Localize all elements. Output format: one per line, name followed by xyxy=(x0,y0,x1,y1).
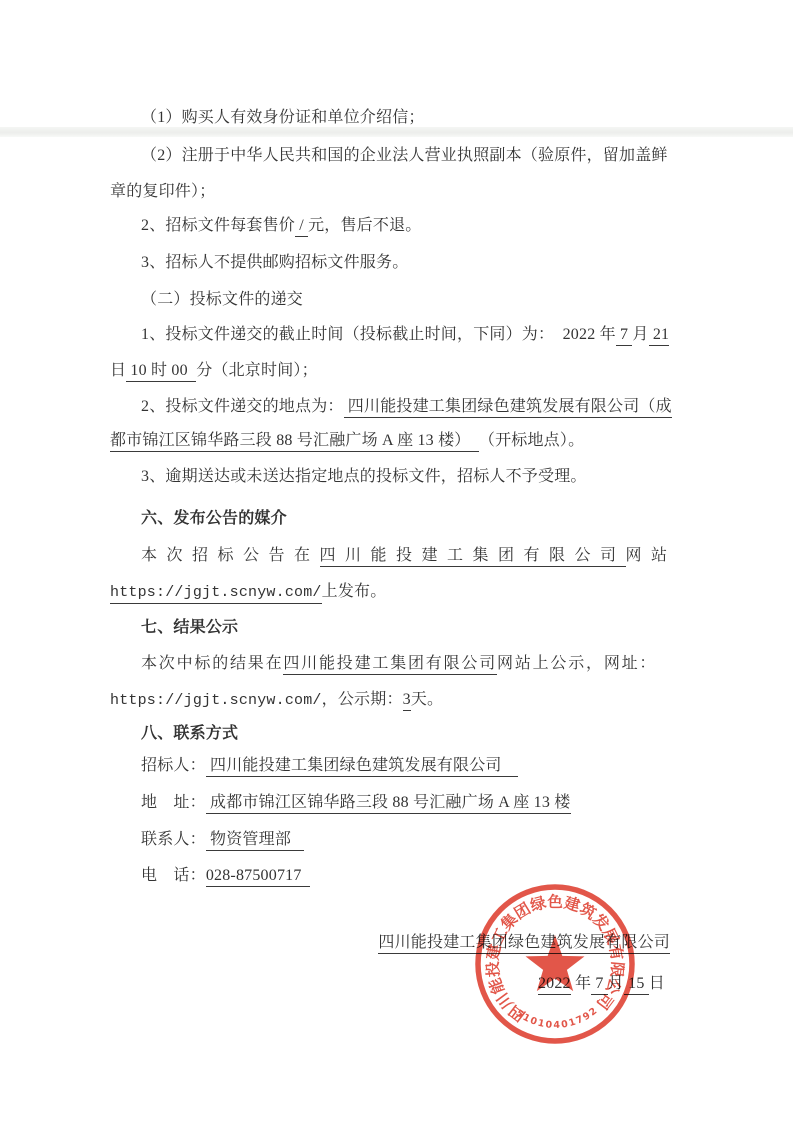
text: 1、投标文件递交的截止时间（投标截止时间，下同）为： 2022 年 xyxy=(141,324,616,345)
text: 地 址： xyxy=(141,792,206,813)
underlined-text: 物资管理部 xyxy=(206,829,304,851)
text: （1）购买人有效身份证和单位介绍信； xyxy=(141,107,425,128)
section-6-body-line2: https://jgjt.scnyw.com/上发布。 xyxy=(110,580,386,603)
submission-place-line2: 都市锦江区锦华路三段 88 号汇融广场 A 座 13 楼） （开标地点）。 xyxy=(110,429,584,452)
section-7-body-line2: https://jgjt.scnyw.com/，公示期：3天。 xyxy=(110,688,443,711)
section-6-heading: 六、发布公告的媒介 xyxy=(141,507,287,530)
underlined-text: 四川能投建工集团有限公司 xyxy=(320,545,626,567)
underlined-text: 21 xyxy=(649,324,670,346)
deadline-line2: 日 10 时 00 分（北京时间）； xyxy=(110,359,318,382)
star-icon xyxy=(526,935,585,991)
text: 七、结果公示 xyxy=(141,617,238,638)
text: 电 话： xyxy=(141,865,206,886)
section-7-body-line1: 本次中标的结果在四川能投建工集团有限公司网站上公示，网址： xyxy=(141,652,657,675)
text: 天。 xyxy=(411,689,443,710)
section-8-heading: 八、联系方式 xyxy=(141,722,238,745)
text: 八、联系方式 xyxy=(141,723,238,744)
contact-tenderer: 招标人： 四川能投建工集团绿色建筑发展有限公司 xyxy=(141,754,518,777)
subsection-2-submission: （二）投标文件的递交 xyxy=(141,288,303,311)
item-2-license-line1: （2）注册于中华人民共和国的企业法人营业执照副本（验原件，留加盖鲜 xyxy=(141,144,668,167)
text: 网站 xyxy=(626,545,677,566)
company-seal-stamp: 四川能投建工集团绿色建筑发展有限公司 5101040179234 xyxy=(455,864,655,1064)
text: 日 xyxy=(110,360,126,381)
text: 招标人： xyxy=(141,755,206,776)
text: （开标地点）。 xyxy=(479,430,584,451)
text: ，公示期： xyxy=(322,689,403,710)
text: 章的复印件）； xyxy=(110,181,215,202)
underlined-text: 四川能投建工集团绿色建筑发展有限公司（成 xyxy=(344,396,672,418)
text: 上发布。 xyxy=(322,581,387,602)
text: 本次招标公告在 xyxy=(141,545,320,566)
item-doc-price: 2、招标文件每套售价 / 元，售后不退。 xyxy=(141,214,421,237)
underlined-text: 7 xyxy=(616,324,633,346)
contact-person: 联系人： 物资管理部 xyxy=(141,828,304,851)
text: 分（北京时间）； xyxy=(196,360,318,381)
text: 元，售后不退。 xyxy=(308,215,421,236)
text: 2、投标文件递交的地点为： xyxy=(141,396,344,417)
underlined-text: https://jgjt.scnyw.com/ xyxy=(110,582,322,604)
underlined-text: 028-87500717 xyxy=(206,865,310,887)
section-7-heading: 七、结果公示 xyxy=(141,616,238,639)
text: 六、发布公告的媒介 xyxy=(141,508,287,529)
text: 联系人： xyxy=(141,829,206,850)
text: 本次中标的结果在 xyxy=(141,653,283,674)
item-late-delivery: 3、逾期送达或未送达指定地点的投标文件，招标人不予受理。 xyxy=(141,465,587,488)
text: 3、逾期送达或未送达指定地点的投标文件，招标人不予受理。 xyxy=(141,466,587,487)
underlined-text: 成都市锦江区锦华路三段 88 号汇融广场 A 座 13 楼 xyxy=(206,792,571,814)
text: 3、招标人不提供邮购招标文件服务。 xyxy=(141,252,408,273)
text: https://jgjt.scnyw.com/ xyxy=(110,690,322,711)
underlined-text: 四川能投建工集团绿色建筑发展有限公司 xyxy=(206,755,519,777)
underlined-text: 3 xyxy=(403,689,411,711)
item-2-license-line2: 章的复印件）； xyxy=(110,180,215,203)
underlined-text: / xyxy=(295,215,308,237)
contact-phone: 电 话：028-87500717 xyxy=(141,864,310,887)
text: 2、招标文件每套售价 xyxy=(141,215,295,236)
submission-place-line1: 2、投标文件递交的地点为： 四川能投建工集团绿色建筑发展有限公司（成 xyxy=(141,395,672,418)
underlined-text: 四川能投建工集团有限公司 xyxy=(283,653,497,675)
contact-address: 地 址： 成都市锦江区锦华路三段 88 号汇融广场 A 座 13 楼 xyxy=(141,791,571,814)
text: 月 xyxy=(632,324,648,345)
underlined-text: 都市锦江区锦华路三段 88 号汇融广场 A 座 13 楼） xyxy=(110,430,479,452)
underlined-text: 10 时 00 xyxy=(126,360,196,382)
item-no-mail-order: 3、招标人不提供邮购招标文件服务。 xyxy=(141,251,408,274)
text: 网站上公示，网址： xyxy=(497,653,657,674)
item-1-buyer-id: （1）购买人有效身份证和单位介绍信； xyxy=(141,106,425,129)
text: （2）注册于中华人民共和国的企业法人营业执照副本（验原件，留加盖鲜 xyxy=(141,145,668,166)
section-6-body-line1: 本次招标公告在四川能投建工集团有限公司网站 xyxy=(141,544,677,567)
text: （二）投标文件的递交 xyxy=(141,289,303,310)
document-page: （1）购买人有效身份证和单位介绍信；（2）注册于中华人民共和国的企业法人营业执照… xyxy=(0,0,793,1123)
deadline-line1: 1、投标文件递交的截止时间（投标截止时间，下同）为： 2022 年 7 月 21 xyxy=(141,323,669,346)
